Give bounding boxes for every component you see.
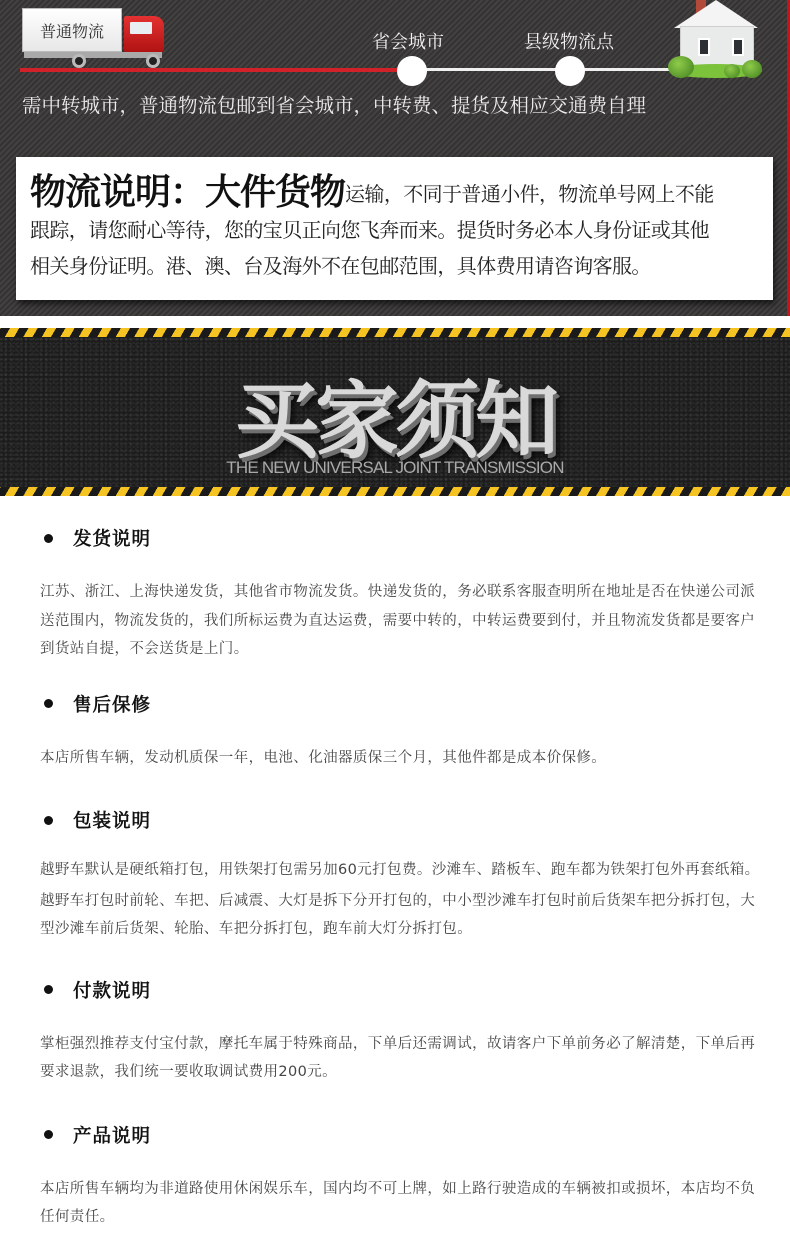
section-title: 产品说明 bbox=[73, 1122, 151, 1148]
hazard-stripe-top bbox=[0, 328, 790, 337]
section-payment: 付款说明 掌柜强烈推荐支付宝付款，摩托车属于特殊商品，下单后还需调试，故请客户下… bbox=[0, 970, 790, 1087]
stop-label-county-point: 县级物流点 bbox=[524, 28, 614, 54]
section-packaging: 包装说明 越野车默认是硬纸箱打包，用铁架打包需另加60元打包费。沙滩车、踏板车、… bbox=[0, 800, 790, 944]
paragraph: 本店所售车辆，发动机质保一年，电池、化油器质保三个月，其他件都是成本价保修。 bbox=[40, 744, 760, 773]
truck-icon: 普通物流 bbox=[20, 6, 166, 68]
house-icon bbox=[668, 0, 764, 82]
route-dot-provincial-city bbox=[397, 56, 427, 86]
bullet-icon bbox=[44, 1130, 53, 1139]
notice-line-2: 跟踪，请您耐心等待，您的宝贝正向您飞奔而来。提货时务必本人身份证或其他 bbox=[30, 212, 759, 248]
stop-label-provincial-city: 省会城市 bbox=[372, 28, 444, 54]
bullet-icon bbox=[44, 816, 53, 825]
truck-chassis bbox=[24, 52, 162, 58]
section-title: 售后保修 bbox=[73, 691, 151, 717]
paragraph: 江苏、浙江、上海快递发货，其他省市物流发货。快递发货的，务必联系客服查明所在地址… bbox=[40, 578, 760, 664]
section-body: 越野车默认是硬纸箱打包，用铁架打包需另加60元打包费。沙滩车、踏板车、跑车都为铁… bbox=[0, 856, 790, 944]
buyer-notice-banner: 买家须知 THE NEW UNIVERSAL JOINT TRANSMISSIO… bbox=[0, 328, 790, 496]
notice-line-1: 物流说明：大件货物运输，不同于普通小件，物流单号网上不能 bbox=[30, 175, 759, 212]
section-after-sales: 售后保修 本店所售车辆，发动机质保一年，电池、化油器质保三个月，其他件都是成本价… bbox=[0, 684, 790, 773]
bullet-icon bbox=[44, 985, 53, 994]
bush-icon bbox=[724, 64, 740, 78]
section-product: 产品说明 本店所售车辆均为非道路使用休闲娱乐车，国内均不可上牌，如上路行驶造成的… bbox=[0, 1115, 790, 1232]
section-header: 付款说明 bbox=[0, 970, 790, 1010]
section-title: 发货说明 bbox=[73, 525, 151, 551]
notice-title: 物流说明：大件货物 bbox=[30, 172, 345, 213]
section-title: 包装说明 bbox=[73, 807, 151, 833]
route-dot-county-point bbox=[555, 56, 585, 86]
spacer bbox=[0, 316, 790, 328]
logistics-notice-card: 物流说明：大件货物运输，不同于普通小件，物流单号网上不能 跟踪，请您耐心等待，您… bbox=[16, 157, 773, 300]
section-body: 掌柜强烈推荐支付宝付款，摩托车属于特殊商品，下单后还需调试，故请客户下单前务必了… bbox=[0, 1030, 790, 1087]
section-body: 本店所售车辆，发动机质保一年，电池、化油器质保三个月，其他件都是成本价保修。 bbox=[0, 744, 790, 773]
paragraph: 掌柜强烈推荐支付宝付款，摩托车属于特殊商品，下单后还需调试，故请客户下单前务必了… bbox=[40, 1030, 760, 1087]
wheel-icon bbox=[146, 54, 160, 68]
paragraph: 越野车打包时前轮、车把、后减震、大灯是拆下分开打包的，中小型沙滩车打包时前后货架… bbox=[40, 887, 760, 944]
buyer-notice-title: 买家须知 bbox=[0, 354, 790, 475]
house-roof bbox=[674, 0, 758, 28]
notice-sections: 发货说明 江苏、浙江、上海快递发货，其他省市物流发货。快递发货的，务必联系客服查… bbox=[0, 518, 790, 1252]
section-header: 售后保修 bbox=[0, 684, 790, 724]
truck-window bbox=[130, 22, 152, 34]
bush-icon bbox=[668, 56, 694, 78]
section-body: 本店所售车辆均为非道路使用休闲娱乐车，国内均不可上牌，如上路行驶造成的车辆被扣或… bbox=[0, 1175, 790, 1232]
logistics-banner: 普通物流 省会城市 县级物流点 需中转城市，普通物流包邮到省会城市，中转费、提货… bbox=[0, 0, 790, 316]
paragraph: 越野车默认是硬纸箱打包，用铁架打包需另加60元打包费。沙滩车、踏板车、跑车都为铁… bbox=[40, 856, 760, 885]
truck-label: 普通物流 bbox=[22, 8, 122, 52]
section-header: 发货说明 bbox=[0, 518, 790, 558]
bullet-icon bbox=[44, 699, 53, 708]
bush-icon bbox=[742, 60, 762, 78]
section-title: 付款说明 bbox=[73, 977, 151, 1003]
notice-line-1-rest: 运输，不同于普通小件，物流单号网上不能 bbox=[345, 182, 714, 206]
buyer-notice-subtitle: THE NEW UNIVERSAL JOINT TRANSMISSION bbox=[0, 458, 790, 478]
notice-line-3: 相关身份证明。港、澳、台及海外不在包邮范围，具体费用请咨询客服。 bbox=[30, 248, 759, 284]
section-header: 产品说明 bbox=[0, 1115, 790, 1155]
section-header: 包装说明 bbox=[0, 800, 790, 840]
section-body: 江苏、浙江、上海快递发货，其他省市物流发货。快递发货的，务必联系客服查明所在地址… bbox=[0, 578, 790, 664]
paragraph: 本店所售车辆均为非道路使用休闲娱乐车，国内均不可上牌，如上路行驶造成的车辆被扣或… bbox=[40, 1175, 760, 1232]
house-window bbox=[698, 38, 710, 56]
bullet-icon bbox=[44, 534, 53, 543]
route-note: 需中转城市，普通物流包邮到省会城市，中转费、提货及相应交通费自理 bbox=[22, 90, 646, 118]
route-line-self-pay bbox=[412, 68, 684, 71]
house-door bbox=[732, 38, 744, 56]
hazard-stripe-bottom bbox=[0, 487, 790, 496]
route-line-paid bbox=[20, 68, 412, 72]
section-shipping: 发货说明 江苏、浙江、上海快递发货，其他省市物流发货。快递发货的，务必联系客服查… bbox=[0, 518, 790, 664]
wheel-icon bbox=[72, 54, 86, 68]
